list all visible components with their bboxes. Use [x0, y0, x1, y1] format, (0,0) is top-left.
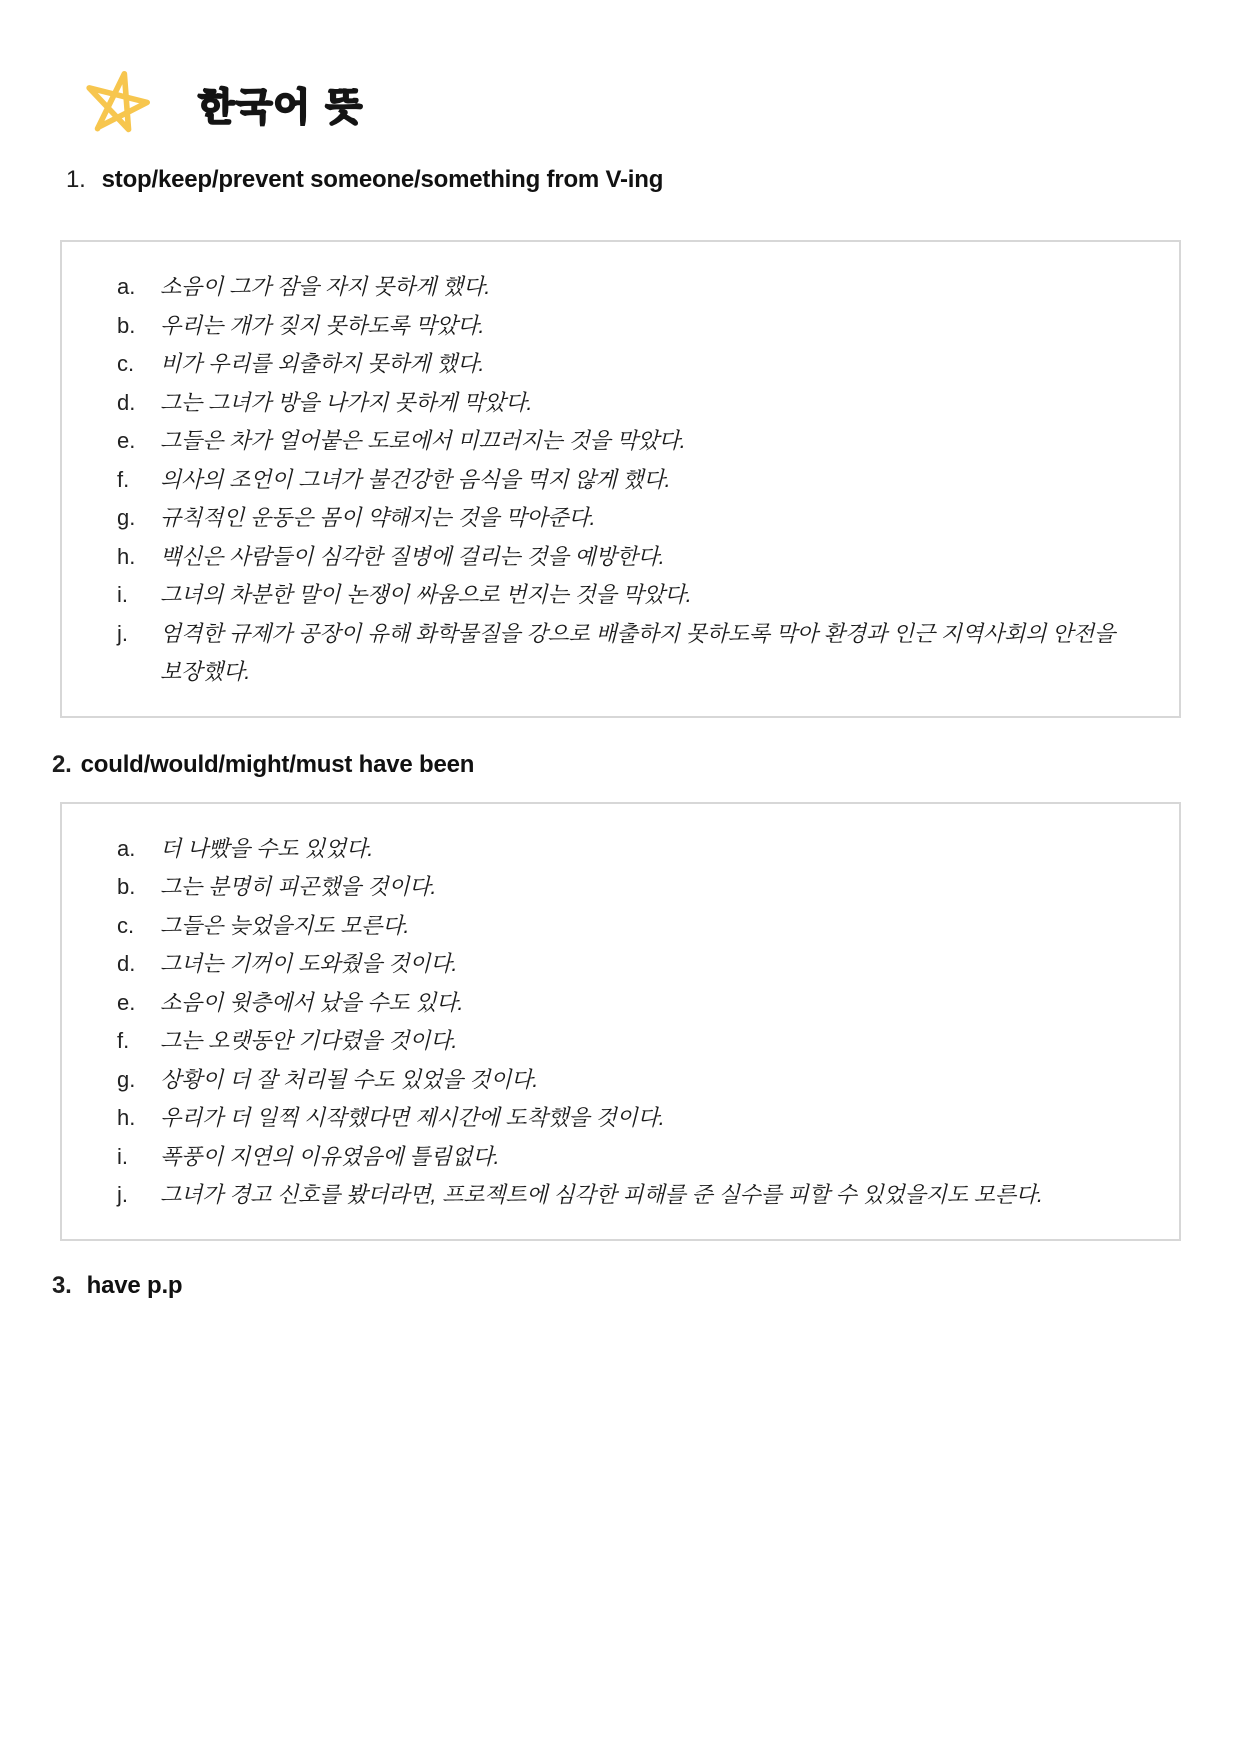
section-1-title: stop/keep/prevent someone/something from… — [102, 165, 664, 195]
document-header: 한국어 뜻 — [0, 0, 1241, 150]
list-item: j. 엄격한 규제가 공장이 유해 화학물질을 강으로 배출하지 못하도록 막아… — [117, 615, 1139, 692]
document-page: 한국어 뜻 1. stop/keep/prevent someone/somet… — [0, 0, 1241, 1754]
item-letter: h. — [117, 1099, 160, 1138]
item-sentence: 그녀가 경고 신호를 봤더라면, 프로젝트에 심각한 피해를 준 실수를 피할 … — [160, 1176, 1139, 1215]
list-item: a. 더 나빴을 수도 있었다. — [117, 830, 1139, 869]
section-1-heading: 1. stop/keep/prevent someone/something f… — [66, 165, 1241, 195]
item-sentence: 그녀는 기꺼이 도와줬을 것이다. — [160, 945, 1139, 984]
item-sentence: 비가 우리를 외출하지 못하게 했다. — [160, 345, 1139, 384]
item-letter: d. — [117, 945, 160, 984]
section-3-number: 3. — [52, 1271, 72, 1301]
list-item: b. 우리는 개가 짖지 못하도록 막았다. — [117, 307, 1139, 346]
item-sentence: 엄격한 규제가 공장이 유해 화학물질을 강으로 배출하지 못하도록 막아 환경… — [160, 615, 1139, 692]
item-letter: i. — [117, 576, 160, 615]
section-1-number: 1. — [66, 165, 86, 195]
section-3-title: have p.p — [87, 1271, 183, 1301]
list-item: i. 폭풍이 지연의 이유였음에 틀림없다. — [117, 1138, 1139, 1177]
item-letter: f. — [117, 1022, 160, 1061]
item-letter: i. — [117, 1138, 160, 1177]
example-list-2: a. 더 나빴을 수도 있었다. b. 그는 분명히 피곤했을 것이다. c. … — [117, 830, 1139, 1215]
item-letter: j. — [117, 1176, 160, 1215]
list-item: d. 그는 그녀가 방을 나가지 못하게 막았다. — [117, 384, 1139, 423]
list-item: c. 비가 우리를 외출하지 못하게 했다. — [117, 345, 1139, 384]
list-item: d. 그녀는 기꺼이 도와줬을 것이다. — [117, 945, 1139, 984]
list-item: a. 소음이 그가 잠을 자지 못하게 했다. — [117, 268, 1139, 307]
item-sentence: 규칙적인 운동은 몸이 약해지는 것을 막아준다. — [160, 499, 1139, 538]
example-box-2: a. 더 나빴을 수도 있었다. b. 그는 분명히 피곤했을 것이다. c. … — [60, 802, 1181, 1241]
item-letter: f. — [117, 461, 160, 500]
item-letter: a. — [117, 830, 160, 869]
item-sentence: 그들은 차가 얼어붙은 도로에서 미끄러지는 것을 막았다. — [160, 422, 1139, 461]
item-sentence: 소음이 그가 잠을 자지 못하게 했다. — [160, 268, 1139, 307]
item-letter: b. — [117, 868, 160, 907]
item-letter: e. — [117, 422, 160, 461]
list-item: j. 그녀가 경고 신호를 봤더라면, 프로젝트에 심각한 피해를 준 실수를 … — [117, 1176, 1139, 1215]
list-item: c. 그들은 늦었을지도 모른다. — [117, 907, 1139, 946]
item-letter: e. — [117, 984, 160, 1023]
list-item: g. 규칙적인 운동은 몸이 약해지는 것을 막아준다. — [117, 499, 1139, 538]
item-letter: h. — [117, 538, 160, 577]
list-item: b. 그는 분명히 피곤했을 것이다. — [117, 868, 1139, 907]
item-letter: c. — [117, 345, 160, 384]
item-letter: g. — [117, 499, 160, 538]
list-item: e. 소음이 윗층에서 났을 수도 있다. — [117, 984, 1139, 1023]
example-list-1: a. 소음이 그가 잠을 자지 못하게 했다. b. 우리는 개가 짖지 못하도… — [117, 268, 1139, 692]
item-sentence: 그들은 늦었을지도 모른다. — [160, 907, 1139, 946]
item-sentence: 그녀의 차분한 말이 논쟁이 싸움으로 번지는 것을 막았다. — [160, 576, 1139, 615]
item-letter: j. — [117, 615, 160, 654]
item-letter: b. — [117, 307, 160, 346]
item-sentence: 우리가 더 일찍 시작했다면 제시간에 도착했을 것이다. — [160, 1099, 1139, 1138]
section-2-number: 2. — [52, 750, 72, 780]
item-sentence: 의사의 조언이 그녀가 불건강한 음식을 먹지 않게 했다. — [160, 461, 1139, 500]
list-item: h. 우리가 더 일찍 시작했다면 제시간에 도착했을 것이다. — [117, 1099, 1139, 1138]
item-sentence: 그는 분명히 피곤했을 것이다. — [160, 868, 1139, 907]
list-item: f. 그는 오랫동안 기다렸을 것이다. — [117, 1022, 1139, 1061]
list-item: e. 그들은 차가 얼어붙은 도로에서 미끄러지는 것을 막았다. — [117, 422, 1139, 461]
star-icon — [82, 62, 152, 140]
item-letter: a. — [117, 268, 160, 307]
item-sentence: 백신은 사람들이 심각한 질병에 걸리는 것을 예방한다. — [160, 538, 1139, 577]
list-item: h. 백신은 사람들이 심각한 질병에 걸리는 것을 예방한다. — [117, 538, 1139, 577]
section-2-title: could/would/might/must have been — [81, 750, 475, 780]
item-letter: d. — [117, 384, 160, 423]
item-sentence: 폭풍이 지연의 이유였음에 틀림없다. — [160, 1138, 1139, 1177]
list-item: g. 상황이 더 잘 처리될 수도 있었을 것이다. — [117, 1061, 1139, 1100]
list-item: i. 그녀의 차분한 말이 논쟁이 싸움으로 번지는 것을 막았다. — [117, 576, 1139, 615]
item-letter: c. — [117, 907, 160, 946]
item-sentence: 더 나빴을 수도 있었다. — [160, 830, 1139, 869]
section-3-heading: 3. have p.p — [52, 1271, 1241, 1301]
item-sentence: 우리는 개가 짖지 못하도록 막았다. — [160, 307, 1139, 346]
section-2-heading: 2. could/would/might/must have been — [52, 750, 1241, 780]
example-box-1: a. 소음이 그가 잠을 자지 못하게 했다. b. 우리는 개가 짖지 못하도… — [60, 240, 1181, 718]
item-sentence: 그는 오랫동안 기다렸을 것이다. — [160, 1022, 1139, 1061]
page-title: 한국어 뜻 — [198, 76, 363, 131]
item-sentence: 상황이 더 잘 처리될 수도 있었을 것이다. — [160, 1061, 1139, 1100]
item-sentence: 소음이 윗층에서 났을 수도 있다. — [160, 984, 1139, 1023]
list-item: f. 의사의 조언이 그녀가 불건강한 음식을 먹지 않게 했다. — [117, 461, 1139, 500]
item-sentence: 그는 그녀가 방을 나가지 못하게 막았다. — [160, 384, 1139, 423]
item-letter: g. — [117, 1061, 160, 1100]
